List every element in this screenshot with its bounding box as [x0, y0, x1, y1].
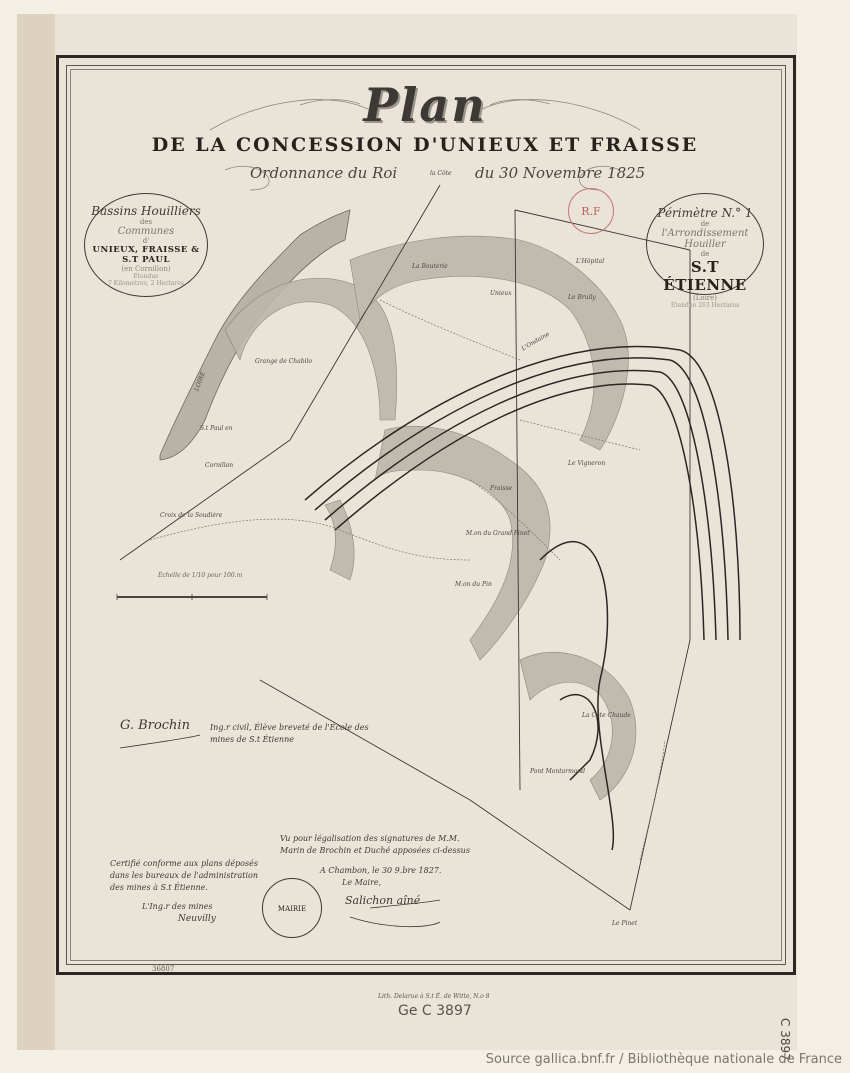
cartouche-right: Périmètre N.° 1 de l'Arrondissement Houi…: [646, 193, 764, 295]
label-la-bouterie: La Bouterie: [412, 263, 448, 270]
title-ornamental: Plan: [0, 78, 850, 132]
cartouche-left-line4: d': [85, 237, 207, 245]
label-le-bruily: Le Bruily: [568, 294, 596, 301]
concession-boundary: [120, 185, 690, 910]
mayor-note: Vu pour légalisation des signatures de M…: [280, 833, 480, 857]
cartouche-left-line1: Bassins Houilliers: [85, 204, 207, 218]
engineer-signature: G. Brochin: [120, 718, 190, 733]
cartouche-right-line6: (Loire): [647, 294, 763, 302]
printer-credit: Lith. Delarue à S.t É. de Witte, N.o 8: [378, 993, 489, 1000]
cartouche-left-line2: des: [85, 218, 207, 226]
cartouche-left-line6: (en Cornillon): [85, 265, 207, 273]
label-la-cote: la Côte: [430, 170, 452, 177]
cartouche-left-line8: 7 Kilomètres, 2 Hectares: [85, 280, 207, 287]
cartouche-right-line4: de: [647, 250, 763, 258]
subtitle-date: du 30 Novembre 1825: [475, 164, 645, 182]
label-m-pin: M.on du Pin: [455, 581, 492, 588]
label-unieux: Unieux: [490, 290, 512, 297]
label-grand-pinet: M.on du Grand Pinet: [466, 530, 530, 537]
cartouche-right-line1: Périmètre N.° 1: [647, 206, 763, 220]
certified-signature: Neuvilly: [178, 914, 216, 924]
certified-note: Certifié conforme aux plans déposés dans…: [110, 858, 260, 894]
map-title: DE LA CONCESSION D'UNIEUX ET FRAISSE: [0, 134, 850, 156]
cartouche-right-line3: l'Arrondissement Houiller: [647, 228, 763, 250]
label-fraisse: Fraisse: [490, 485, 512, 492]
mayor-signature: Salichon aîné: [345, 894, 420, 907]
cartouche-left: Bassins Houilliers des Communes d' UNIEU…: [84, 193, 208, 297]
subtitle-ordinance: Ordonnance du Roi: [250, 164, 397, 182]
mayor-place-date: A Chambon, le 30 9.bre 1827.: [320, 866, 441, 875]
cartouche-right-line5: S.T ÉTIENNE: [647, 258, 763, 294]
shelfmark: Ge C 3897: [398, 1003, 472, 1019]
label-cornillon: Cornillon: [205, 462, 233, 469]
roads: [150, 300, 665, 860]
mayor-title: Le Maire,: [342, 878, 381, 887]
cartouche-left-line7: Etendue: [85, 273, 207, 280]
label-le-pinet: Le Pinet: [612, 920, 637, 927]
catalog-number: 36807: [152, 965, 174, 973]
engineer-note: Ing.r civil, Élève breveté de l'École de…: [210, 722, 390, 746]
bnf-stamp: R.F: [568, 188, 614, 234]
cartouche-left-line3: Communes: [85, 226, 207, 237]
cartouche-left-line5: UNIEUX, FRAISSE & S.T PAUL: [85, 245, 207, 265]
label-grange: Grange de Chabilo: [255, 358, 312, 365]
label-cote-chaude: La Côte Chaude: [582, 712, 631, 719]
label-st-paul: S.t Paul en: [200, 425, 233, 432]
hill-shading: [225, 236, 636, 800]
label-croix-soudiere: Croix de la Soudière: [160, 512, 222, 519]
scale-bar: [117, 596, 267, 598]
certified-title: L'Ing.r des mines: [142, 902, 213, 911]
label-l-hopital: L'Hôpital: [576, 258, 604, 265]
label-le-vigneron: Le Vigneron: [568, 460, 605, 467]
cartouche-right-line2: de: [647, 220, 763, 228]
scale-label: Échelle de 1/10 pour 100.m: [158, 572, 242, 579]
source-credit: Source gallica.bnf.fr / Bibliothèque nat…: [486, 1052, 842, 1067]
mairie-seal: MAIRIE: [262, 878, 322, 938]
map-drawing: [0, 0, 850, 1073]
cartouche-right-line7: Etendue 263 Hectares: [647, 302, 763, 309]
label-pont-montarmond: Pont Montarmond: [530, 768, 585, 775]
